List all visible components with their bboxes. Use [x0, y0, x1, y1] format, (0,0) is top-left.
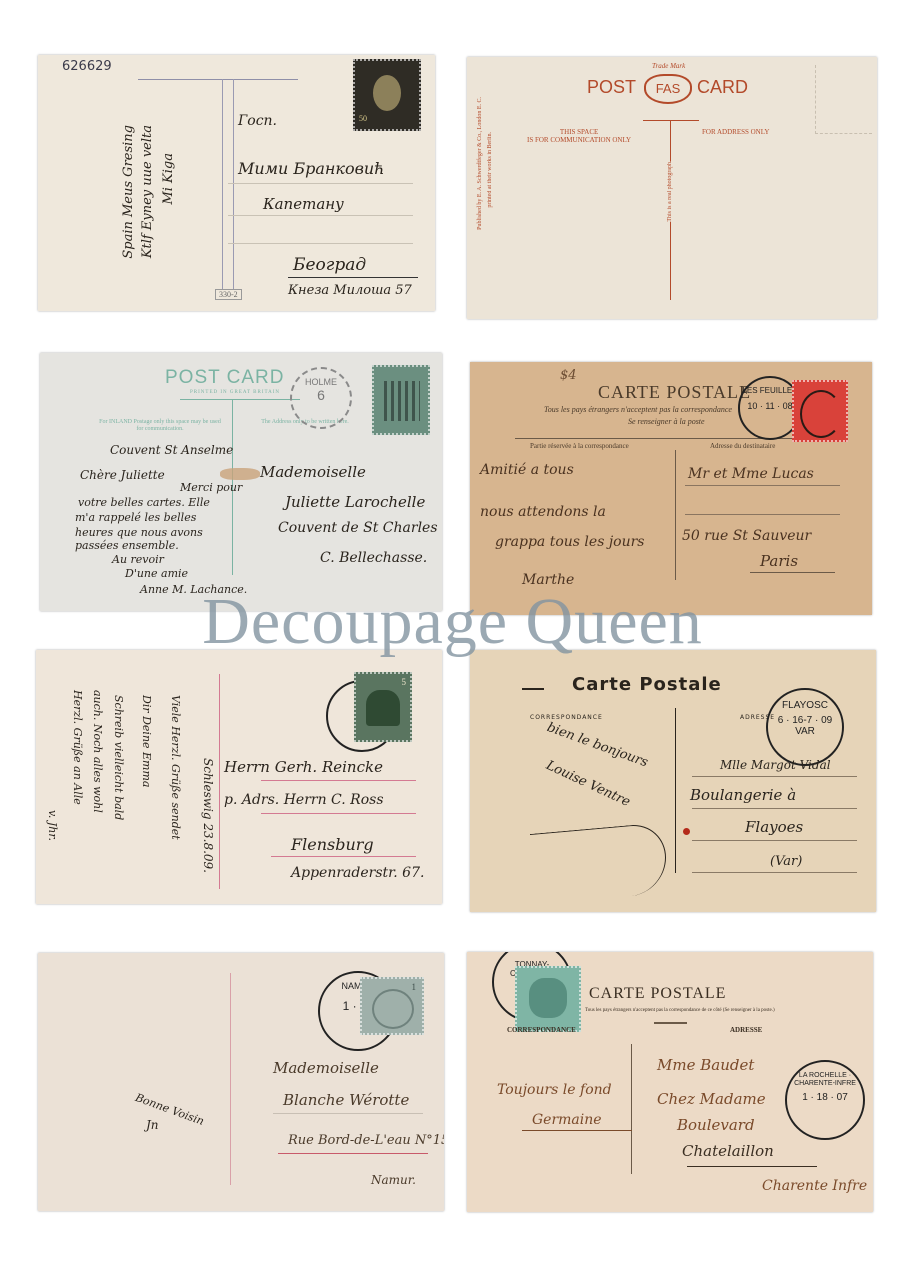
address-line-3: Flayoes — [745, 818, 803, 836]
message-line-8: Au revoir — [112, 553, 164, 566]
title-dash — [522, 688, 544, 690]
stamp-value: 50 — [359, 114, 367, 123]
publisher-line-1: Published by E. A. Schwerdtfeger & Co., … — [477, 97, 483, 230]
address-rule — [288, 277, 418, 278]
message-signature: Louise Ventre — [544, 758, 633, 810]
address-line-1: Mr et Mme Lucas — [688, 466, 814, 482]
address-rule — [750, 572, 835, 573]
address-line-2: p. Adrs. Herrn C. Ross — [224, 792, 384, 808]
address-line-1: Mlle Margot Vidal — [720, 758, 831, 772]
address-rule — [261, 780, 416, 781]
address-line-1: Mademoiselle — [273, 1059, 379, 1077]
paper-stain — [220, 468, 260, 480]
address-rule — [228, 215, 413, 216]
postmark-text: LES FEUILLES — [740, 386, 800, 395]
address-line-1: Mme Baudet — [657, 1056, 754, 1074]
postmark-text: HOLME — [292, 377, 350, 387]
address-line-3: Rue Bord-de-L'eau N°15 — [288, 1133, 444, 1148]
postmark-holme: HOLME 6 — [290, 367, 352, 429]
address-rule — [271, 856, 416, 857]
ornament-bar — [138, 79, 298, 80]
postmark-la-rochelle: LA ROCHELLE · CHARENTE-INFRE 1 · 18 · 07 — [785, 1060, 865, 1140]
cancellation-arc-icon — [800, 390, 842, 438]
notice-line-1: Tous les pays étrangers n'acceptent pas … — [544, 405, 732, 414]
divider-vertical — [631, 1044, 632, 1174]
signature-rule — [522, 1130, 632, 1131]
address-line-1: Herrn Gerh. Reincke — [224, 758, 383, 776]
title-carte-postale: CARTE POSTALE — [598, 382, 751, 403]
address-line-4: Appenraderstr. 67. — [291, 865, 424, 881]
message-line-1: Viele Herzl. Grüße sendet — [169, 695, 182, 840]
address-line-5: Кнеза Милоша 57 — [288, 283, 412, 298]
address-rule — [228, 243, 413, 244]
postcard-french-chatelaillon: TONNAY-CHARENTE CARTE POSTALE Tous les p… — [467, 952, 873, 1212]
signature-flourish — [530, 822, 666, 905]
stamp-red-semeuse — [792, 380, 848, 442]
message-line-9: D'une amie — [125, 567, 188, 580]
message-line-6: v. Jhr. — [46, 810, 59, 841]
stamp-green-blanc — [515, 966, 581, 1032]
address-rule — [228, 183, 413, 184]
printer-mark: 330-2 — [215, 289, 242, 300]
divider-vertical — [675, 708, 676, 873]
stamp-grey-blue: 1 — [360, 977, 424, 1035]
left-caption-1: THIS SPACE — [527, 128, 631, 136]
address-line-1: Госп. — [238, 113, 277, 129]
left-caption: Partie réservée à la correspondance — [530, 442, 629, 450]
address-line-4: C. Bellechasse. — [320, 550, 427, 566]
message-line-4: votre belles cartes. Elle — [78, 496, 210, 509]
message-initials: Jn — [146, 1118, 159, 1132]
message-line-1: Toujours le fond — [497, 1082, 612, 1098]
message-line-1: Amitié a tous — [480, 462, 574, 478]
postcard-belgian-namur: NAMUR 1 · 10 1 Bonne Voisin Jn Mademoise… — [38, 953, 444, 1211]
address-rule — [687, 1166, 817, 1167]
address-line-1: Mademoiselle — [260, 463, 366, 481]
left-caption: For INLAND Postage only this space may b… — [95, 419, 225, 433]
postcard-fas: POST FAS Trade Mark CARD THIS SPACE IS F… — [467, 57, 877, 319]
address-line-5: Charente Infre — [762, 1178, 867, 1194]
address-rule — [692, 872, 857, 873]
message-line-1: Couvent St Anselme — [110, 443, 233, 457]
postmark-date: 1 · 18 · 07 — [787, 1092, 863, 1103]
right-caption: FOR ADDRESS ONLY — [702, 128, 769, 136]
address-rule — [692, 840, 857, 841]
germania-figure-icon — [366, 690, 400, 726]
address-line-4: Namur. — [371, 1173, 416, 1187]
message-line-3: Merci pour — [180, 481, 242, 494]
logo-text: FAS — [656, 81, 681, 96]
postcard-german-flensburg: 5 Schleswig 23.8.09. Viele Herzl. Grüße … — [36, 650, 442, 904]
title-card: CARD — [697, 77, 748, 98]
postcard-serbian: 626629 330-2 50 Spain Meus Gresing Ktlf … — [38, 55, 435, 311]
title-post: POST — [587, 77, 636, 98]
stamp-germania-green: 5 — [354, 672, 412, 742]
message-line-5: Herzl. Grüße an Alle — [71, 690, 84, 805]
postmark-dept: VAR — [768, 726, 842, 737]
stamp-medallion-icon — [372, 989, 414, 1029]
divider-vertical — [675, 450, 676, 580]
message-vertical-3: Mi Kiga — [161, 153, 176, 205]
message-line-5: m'a rappelé les belles — [75, 511, 196, 524]
message-signature: Germaine — [532, 1112, 602, 1128]
right-caption: Adresse du destinataire — [710, 442, 775, 450]
message-signature: Bonne Voisin — [134, 1091, 206, 1128]
address-line-4: (Var) — [770, 854, 802, 869]
address-rule — [273, 1113, 423, 1114]
portrait-icon — [373, 75, 401, 111]
ornament-column — [222, 79, 234, 289]
message-line-7: passées ensemble. — [75, 539, 179, 552]
stamp-green — [372, 365, 430, 435]
message-vertical-2: Ktlf Eyney uue velta — [140, 125, 155, 258]
notice-line-2: Se renseigner à la poste — [628, 417, 705, 426]
stamp-placeholder-box — [815, 65, 872, 134]
red-ink-spot — [683, 828, 690, 835]
message-line-2: Dir Deine Emma — [140, 695, 153, 787]
message-line-4: auch. Noch alles wohl — [91, 690, 104, 813]
title-double-rule — [654, 1022, 687, 1024]
title-carte-postale: CARTE POSTALE — [589, 985, 726, 1003]
postcard-canadian: POST CARD PRINTED IN GREAT BRITAIN For I… — [40, 353, 442, 611]
message-vertical-1: Spain Meus Gresing — [118, 125, 140, 259]
stamp-value: 5 — [402, 677, 407, 687]
divider-vertical — [219, 674, 220, 889]
left-caption: THIS SPACE IS FOR COMMUNICATION ONLY — [527, 128, 631, 144]
left-caption: CORRESPONDANCE — [530, 714, 603, 721]
address-line-2: Blanche Wérotte — [283, 1091, 409, 1109]
real-photo-note: This is a real photograph — [667, 162, 673, 222]
address-rule — [692, 776, 857, 777]
message-line-3: Schreib vielleicht bald — [112, 695, 125, 820]
address-line-3: Couvent de St Charles — [278, 520, 438, 536]
publisher-line-2: printed at their works in Berlin. — [487, 132, 493, 208]
address-rule — [685, 514, 840, 515]
address-line-3: Boulevard — [677, 1116, 755, 1134]
left-caption: CORRESPONDANCE — [507, 1026, 576, 1034]
stamp-figure-icon — [529, 978, 567, 1018]
postcard-french-paris: $4 CARTE POSTALE Tous les pays étrangers… — [470, 362, 872, 615]
address-line-4: Београд — [293, 255, 366, 275]
notice-line: Tous les pays étrangers n'acceptent pas … — [585, 1008, 775, 1013]
divider-vertical — [230, 973, 231, 1185]
right-caption: ADRESSE — [730, 1026, 762, 1034]
address-rule — [692, 808, 857, 809]
address-line-2: Мими Бранковић — [238, 159, 385, 178]
divider-top — [643, 120, 699, 121]
address-rule — [685, 485, 840, 486]
postmark-date: 10 · 11 · 08 — [740, 401, 800, 411]
address-line-2: Chez Madame — [657, 1090, 766, 1108]
stamp-king-portrait: 50 — [353, 59, 421, 131]
address-rule — [261, 813, 416, 814]
address-line-3: Капетану — [263, 195, 344, 213]
address-line-3: Paris — [760, 552, 798, 570]
trade-mark-label: Trade Mark — [652, 62, 685, 70]
divider-top — [180, 399, 300, 400]
printed-in-great-britain: PRINTED IN GREAT BRITAIN — [190, 390, 280, 395]
address-rule — [278, 1153, 428, 1154]
left-caption-2: IS FOR COMMUNICATION ONLY — [527, 136, 631, 144]
cancellation-bars-icon — [384, 381, 420, 421]
message-line-3: grappa tous les jours — [495, 534, 645, 550]
postmark-text: FLAYOSC — [768, 700, 842, 711]
corner-note: $4 — [560, 368, 577, 383]
message-signature: Marthe — [522, 572, 574, 588]
address-line-2: Juliette Larochelle — [285, 493, 425, 511]
address-line-4: Chatelaillon — [682, 1142, 774, 1160]
address-line-2: Boulangerie à — [690, 786, 796, 804]
fas-heart-logo: FAS — [644, 74, 692, 104]
address-line-2: 50 rue St Sauveur — [682, 528, 811, 544]
title-carte-postale: Carte Postale — [572, 674, 722, 695]
address-line-3: Flensburg — [291, 835, 374, 854]
postmark-text: LA ROCHELLE · CHARENTE-INFRE — [787, 1072, 863, 1088]
message-line-2: Chère Juliette — [80, 468, 165, 482]
stamp-value: 1 — [412, 982, 417, 992]
message-line-6: heures que nous avons — [75, 526, 203, 539]
postmark-date: 6 · 16-7 · 09 — [768, 715, 842, 726]
message-line-2: nous attendons la — [480, 504, 606, 520]
postcard-french-flayosc: Carte Postale CORRESPONDANCE ADRESSE FLA… — [470, 650, 876, 912]
postmark-date: 6 — [292, 387, 350, 403]
postmark-flayosc: FLAYOSC 6 · 16-7 · 09 VAR — [766, 688, 844, 766]
inventory-number: 626629 — [62, 59, 112, 74]
message-signature: Anne M. Lachance. — [140, 583, 247, 596]
title-post-card: POST CARD — [165, 367, 285, 389]
message-date: Schleswig 23.8.09. — [201, 758, 215, 873]
